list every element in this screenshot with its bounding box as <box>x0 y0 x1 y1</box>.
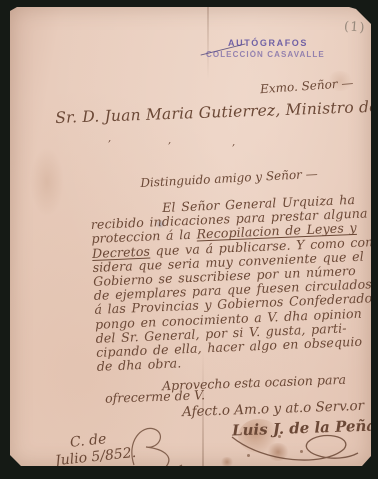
letter-body: El Señor General Urquiza ha recibido ind… <box>90 192 378 375</box>
foxing-stain <box>30 147 64 217</box>
letter-addressee: Sr. D. Juan Maria Gutierrez, Ministro de… <box>55 96 378 127</box>
superscript-tick: , <box>168 135 171 146</box>
collection-stamp: AUTÓGRAFOS COLECCIÓN CASAVALLE <box>206 38 325 60</box>
stamp-line2: COLECCIÓN CASAVALLE <box>206 49 325 60</box>
letter-salutation: Distinguido amigo y Señor — <box>140 167 318 190</box>
letter-heading: Exmo. Señor — <box>260 76 354 96</box>
pencil-page-number: (1) <box>344 19 366 35</box>
scanned-letter-page: { "scan": { "background_color": "#151a15… <box>0 0 378 479</box>
superscript-tick: , <box>232 137 235 148</box>
superscript-tick: , <box>108 133 111 144</box>
stamp-line1: AUTÓGRAFOS <box>228 38 325 49</box>
letter-paper: AUTÓGRAFOS COLECCIÓN CASAVALLE (1) Exmo.… <box>10 7 371 466</box>
signature-rubric <box>224 427 369 476</box>
body-line-text: de dha obra. <box>97 356 182 375</box>
